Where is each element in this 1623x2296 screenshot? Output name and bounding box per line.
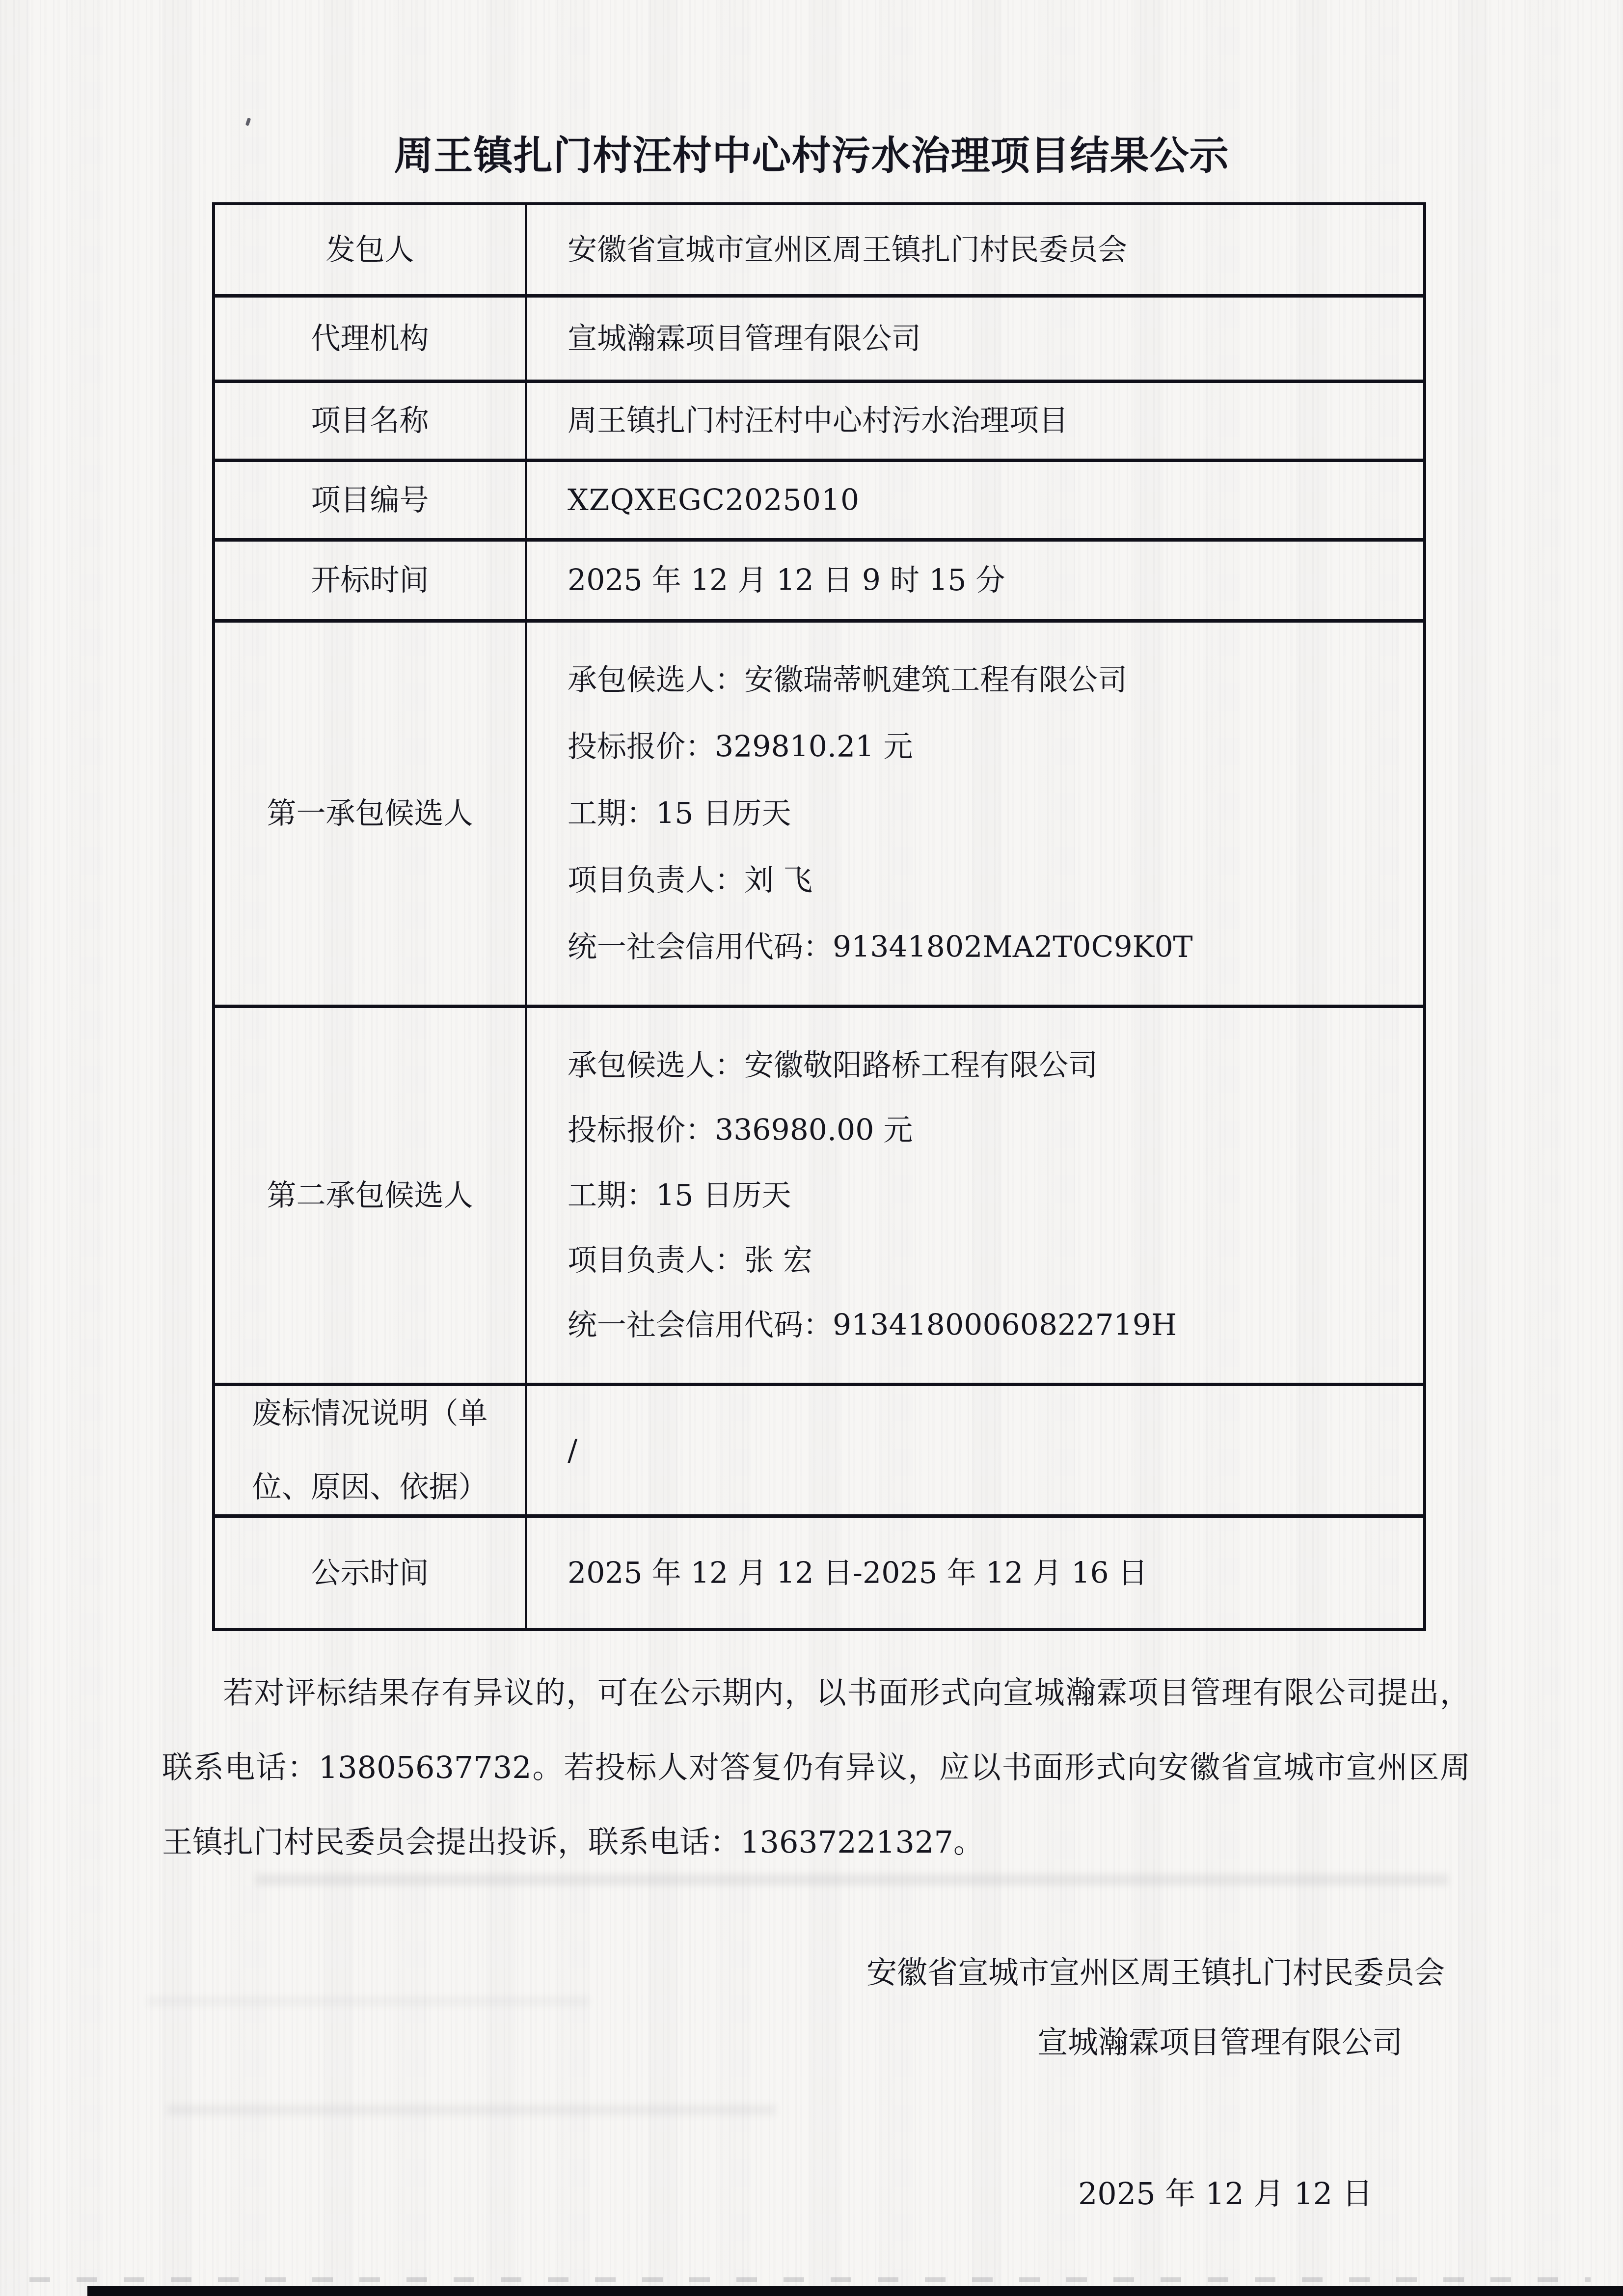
row-label: 发包人 [215, 205, 527, 294]
row-label: 开标时间 [215, 542, 527, 619]
bleed-through-artifact [167, 2105, 776, 2115]
bleed-through-artifact [147, 1996, 589, 2006]
table-row-rejected-bids: 废标情况说明（单位、原因、依据） / [215, 1383, 1423, 1514]
candidate2-company: 承包候选人：安徽敬阳路桥工程有限公司 [568, 1039, 1404, 1093]
candidate1-credit-code: 统一社会信用代码：91341802MA2T0C9K0T [568, 920, 1404, 974]
signature-agency: 宣城瀚霖项目管理有限公司 [1037, 2023, 1403, 2062]
candidate2-credit-code: 统一社会信用代码：91341800060822719H [568, 1298, 1404, 1352]
candidate2-duration: 工期：15 日历天 [568, 1169, 1404, 1223]
scan-edge-dots [29, 2277, 1591, 2282]
scan-edge-bar [87, 2286, 1623, 2296]
candidate1-manager: 项目负责人：刘 飞 [568, 853, 1404, 907]
objection-notice-paragraph: 若对评标结果存有异议的，可在公示期内，以书面形式向宣城瀚霖项目管理有限公司提出，… [162, 1656, 1470, 1880]
bid-opening-time-value: 2025 年 12 月 12 日 9 时 15 分 [568, 553, 1404, 607]
candidate1-duration: 工期：15 日历天 [568, 787, 1404, 841]
signature-employer: 安徽省宣城市宣州区周王镇扎门村民委员会 [866, 1953, 1445, 1993]
row-label: 废标情况说明（单位、原因、依据） [215, 1386, 527, 1514]
table-row-bid-opening-time: 开标时间 2025 年 12 月 12 日 9 时 15 分 [215, 538, 1423, 619]
table-row-project-number: 项目编号 XZQXEGC2025010 [215, 459, 1423, 538]
candidate2-bid-price: 投标报价：336980.00 元 [568, 1103, 1404, 1157]
page-title: 周王镇扎门村汪村中心村污水治理项目结果公示 [0, 124, 1623, 180]
row-label: 第一承包候选人 [215, 623, 527, 1005]
row-label: 第二承包候选人 [215, 1008, 527, 1383]
agency-value: 宣城瀚霖项目管理有限公司 [568, 312, 1404, 366]
publicity-period-value: 2025 年 12 月 12 日-2025 年 12 月 16 日 [568, 1546, 1404, 1600]
row-label: 项目编号 [215, 462, 527, 538]
project-name-value: 周王镇扎门村汪村中心村污水治理项目 [568, 394, 1404, 448]
candidate1-bid-price: 投标报价：329810.21 元 [568, 720, 1404, 774]
signature-date: 2025 年 12 月 12 日 [1078, 2174, 1373, 2214]
table-row-first-candidate: 第一承包候选人 承包候选人：安徽瑞蒂帆建筑工程有限公司 投标报价：329810.… [215, 619, 1423, 1005]
row-label: 项目名称 [215, 383, 527, 459]
row-label: 代理机构 [215, 298, 527, 380]
candidate1-company: 承包候选人：安徽瑞蒂帆建筑工程有限公司 [568, 653, 1404, 707]
table-row-second-candidate: 第二承包候选人 承包候选人：安徽敬阳路桥工程有限公司 投标报价：336980.0… [215, 1005, 1423, 1383]
candidate2-manager: 项目负责人：张 宏 [568, 1233, 1404, 1287]
project-number-value: XZQXEGC2025010 [568, 473, 1404, 527]
row-label: 公示时间 [215, 1518, 527, 1628]
table-row-project-name: 项目名称 周王镇扎门村汪村中心村污水治理项目 [215, 380, 1423, 459]
table-row-employer: 发包人 安徽省宣城市宣州区周王镇扎门村民委员会 [215, 205, 1423, 294]
table-row-agency: 代理机构 宣城瀚霖项目管理有限公司 [215, 294, 1423, 380]
employer-value: 安徽省宣城市宣州区周王镇扎门村民委员会 [568, 223, 1404, 277]
rejected-bids-value: / [568, 1423, 1404, 1477]
tender-result-table: 发包人 安徽省宣城市宣州区周王镇扎门村民委员会 代理机构 宣城瀚霖项目管理有限公… [212, 202, 1426, 1631]
table-row-publicity-period: 公示时间 2025 年 12 月 12 日-2025 年 12 月 16 日 [215, 1514, 1423, 1628]
